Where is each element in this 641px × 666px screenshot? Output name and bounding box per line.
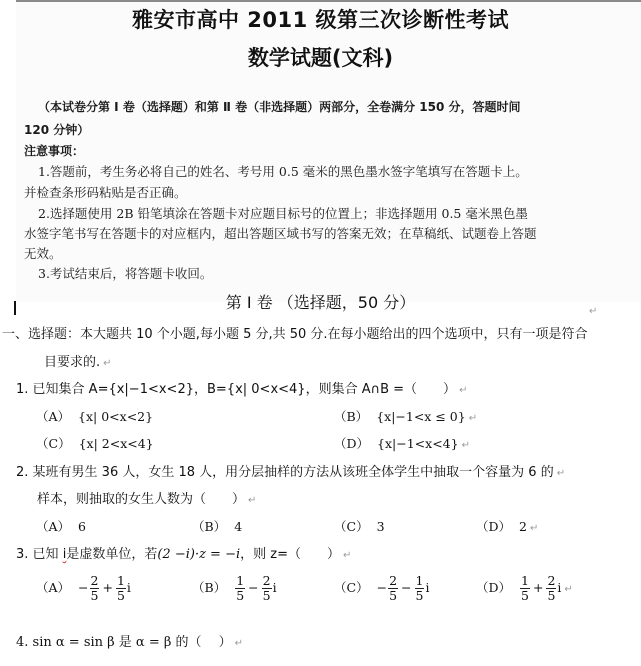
section-title-text: 第 I 卷 （选择题，50 分） bbox=[226, 293, 415, 312]
numerator: 2 bbox=[388, 574, 398, 589]
question-number: 1. bbox=[16, 382, 28, 397]
question-1-option-a[interactable]: （A）{x| 0<x<2} bbox=[36, 407, 153, 425]
imaginary-unit: i bbox=[557, 580, 561, 595]
paragraph-mark-icon: ↵ bbox=[462, 440, 470, 451]
question-3-option-c[interactable]: （C）−25−15i bbox=[334, 574, 429, 603]
section-title: 第 I 卷 （选择题，50 分） bbox=[0, 290, 641, 313]
notice-item-2-line-2: 水签字笔书写在答题卡的对应框内，超出答题区域书写的答案无效；在草稿纸、试题卷上答… bbox=[24, 224, 537, 242]
denominator: 5 bbox=[416, 589, 424, 603]
option-label: （C） bbox=[334, 580, 369, 595]
paragraph-mark-icon: ↵ bbox=[248, 495, 256, 506]
question-1-option-b[interactable]: （B）{x|−1<x ≤ 0}↵ bbox=[334, 407, 477, 425]
numerator: 2 bbox=[546, 574, 556, 589]
question-number: 2. bbox=[16, 465, 28, 480]
option-label: （C） bbox=[334, 519, 369, 534]
option-text: 3 bbox=[377, 519, 385, 534]
question-2-stem-line-2: 样本，则抽取的女生人数为（ ）↵ bbox=[37, 488, 256, 507]
question-1-option-d[interactable]: （D）{x|−1<x<4}↵ bbox=[334, 434, 470, 452]
numerator: 1 bbox=[520, 574, 530, 589]
question-1-option-c[interactable]: （C）{x| 2<x<4} bbox=[36, 434, 154, 452]
denominator: 5 bbox=[389, 589, 397, 603]
question-text: 是虚数单位，若 bbox=[66, 547, 157, 562]
numerator: 2 bbox=[90, 574, 100, 589]
paragraph-mark-icon: ↵ bbox=[459, 385, 467, 396]
option-text: 4 bbox=[234, 519, 242, 534]
fraction: 25 bbox=[90, 574, 100, 603]
option-label: （D） bbox=[334, 436, 369, 451]
denominator: 5 bbox=[91, 589, 99, 603]
numerator: 2 bbox=[262, 574, 272, 589]
question-1-stem: 1. 已知集合 A={x|−1<x<2}，B={x| 0<x<4}，则集合 A∩… bbox=[16, 378, 467, 397]
option-label: （D） bbox=[476, 580, 511, 595]
question-number: 4. bbox=[16, 635, 28, 650]
option-text: 6 bbox=[78, 519, 86, 534]
part-intro-line-1: 一、选择题：本大题共 10 个小题,每小题 5 分,共 50 分.在每小题给出的… bbox=[2, 323, 588, 342]
option-label: （B） bbox=[192, 580, 226, 595]
option-text: {x|−1<x<4} bbox=[377, 436, 459, 451]
option-text: {x|−1<x ≤ 0} bbox=[376, 409, 466, 424]
option-label: （D） bbox=[476, 519, 511, 534]
notice-item-3: 3.考试结束后，将答题卡收回。 bbox=[38, 264, 212, 282]
denominator: 5 bbox=[117, 589, 125, 603]
question-text: 已知 bbox=[33, 547, 59, 562]
part-intro-text: 目要求的. bbox=[44, 355, 100, 370]
intro-line-2: 120 分钟） bbox=[24, 121, 89, 138]
option-text: 2 bbox=[519, 519, 527, 534]
fraction: 25 bbox=[262, 574, 272, 603]
denominator: 5 bbox=[521, 589, 529, 603]
option-label: （A） bbox=[36, 409, 70, 424]
paragraph-mark-icon: ↵ bbox=[564, 584, 572, 595]
question-2-option-d[interactable]: （D）2↵ bbox=[476, 517, 538, 535]
notice-item-2-line-3: 无效。 bbox=[24, 244, 62, 262]
option-label: （C） bbox=[36, 436, 71, 451]
notice-item-1-line-2: 并检查条形码粘贴是否正确。 bbox=[24, 183, 187, 201]
paragraph-mark-icon: ↵ bbox=[530, 523, 538, 534]
option-label: （B） bbox=[192, 519, 226, 534]
question-4-stem: 4. sin α = sin β 是 α = β 的（ ）↵ bbox=[16, 631, 243, 650]
paragraph-mark-icon: ↵ bbox=[469, 413, 477, 424]
paragraph-mark-icon: ↵ bbox=[557, 468, 565, 479]
question-2-option-b[interactable]: （B）4 bbox=[192, 517, 242, 535]
denominator: 5 bbox=[236, 589, 244, 603]
option-label: （B） bbox=[334, 409, 368, 424]
sign: − bbox=[78, 580, 88, 595]
denominator: 5 bbox=[547, 589, 555, 603]
question-text: 某班有男生 36 人，女生 18 人，用分层抽样的方法从该班全体学生中抽取一个容… bbox=[33, 465, 554, 480]
question-3-option-a[interactable]: （A）−25+15i bbox=[36, 574, 131, 603]
fraction: 15 bbox=[520, 574, 530, 603]
question-text: sin α = sin β 是 α = β 的（ ） bbox=[33, 635, 232, 650]
paragraph-mark-icon: ↵ bbox=[235, 638, 243, 649]
denominator: 5 bbox=[263, 589, 271, 603]
fraction: 15 bbox=[235, 574, 245, 603]
option-text: {x| 0<x<2} bbox=[78, 409, 153, 424]
question-number: 3. bbox=[16, 547, 28, 562]
imaginary-unit: i bbox=[425, 580, 429, 595]
notice-item-1-line-1: 1.答题前，考生务必将自己的姓名、考号用 0.5 毫米的黑色墨水签字笔填写在答题… bbox=[38, 162, 528, 180]
option-text: {x| 2<x<4} bbox=[79, 436, 154, 451]
question-2-stem-line-1: 2. 某班有男生 36 人，女生 18 人，用分层抽样的方法从该班全体学生中抽取… bbox=[16, 461, 565, 480]
exam-title: 雅安市高中 2011 级第三次诊断性考试 bbox=[0, 4, 641, 34]
equation: (2 −i)·z = −i bbox=[157, 547, 240, 562]
paragraph-mark-icon: ↵ bbox=[103, 358, 111, 369]
fraction: 25 bbox=[388, 574, 398, 603]
numerator: 1 bbox=[415, 574, 425, 589]
operator: − bbox=[401, 580, 411, 595]
notice-heading: 注意事项： bbox=[24, 142, 84, 159]
question-3-option-d[interactable]: （D）15+25i↵ bbox=[476, 574, 573, 603]
question-2-option-a[interactable]: （A）6 bbox=[36, 517, 86, 535]
fraction: 15 bbox=[116, 574, 126, 603]
operator: + bbox=[102, 580, 112, 595]
question-2-option-c[interactable]: （C）3 bbox=[334, 517, 385, 535]
question-text: 样本，则抽取的女生人数为（ ） bbox=[37, 492, 245, 507]
numerator: 1 bbox=[116, 574, 126, 589]
imaginary-unit: i bbox=[273, 580, 277, 595]
question-3-option-b[interactable]: （B）15−25i bbox=[192, 574, 277, 603]
sign: − bbox=[377, 580, 387, 595]
fraction: 25 bbox=[546, 574, 556, 603]
intro-line-1: （本试卷分第 I 卷（选择题）和第 Ⅱ 卷（非选择题）两部分，全卷满分 150 … bbox=[38, 98, 521, 115]
option-label: （A） bbox=[36, 580, 70, 595]
imaginary-unit: i bbox=[127, 580, 131, 595]
part-intro-line-2: 目要求的.↵ bbox=[44, 351, 112, 370]
question-text: ，则 z=（ ） bbox=[240, 547, 340, 562]
operator: + bbox=[533, 580, 543, 595]
fraction: 15 bbox=[415, 574, 425, 603]
operator: − bbox=[248, 580, 258, 595]
paragraph-mark-icon: ↵ bbox=[589, 306, 597, 317]
option-label: （A） bbox=[36, 519, 70, 534]
numerator: 1 bbox=[235, 574, 245, 589]
question-text: 已知集合 A={x|−1<x<2}，B={x| 0<x<4}，则集合 A∩B =… bbox=[33, 382, 457, 397]
notice-item-2-line-1: 2.选择题使用 2B 铅笔填涂在答题卡对应题目标号的位置上；非选择题用 0.5 … bbox=[38, 204, 528, 222]
question-3-stem: 3. 已知 i是虚数单位，若(2 −i)·z = −i，则 z=（ ）↵ bbox=[16, 543, 351, 562]
exam-subtitle: 数学试题(文科) bbox=[0, 42, 641, 72]
paragraph-mark-icon: ↵ bbox=[343, 550, 351, 561]
